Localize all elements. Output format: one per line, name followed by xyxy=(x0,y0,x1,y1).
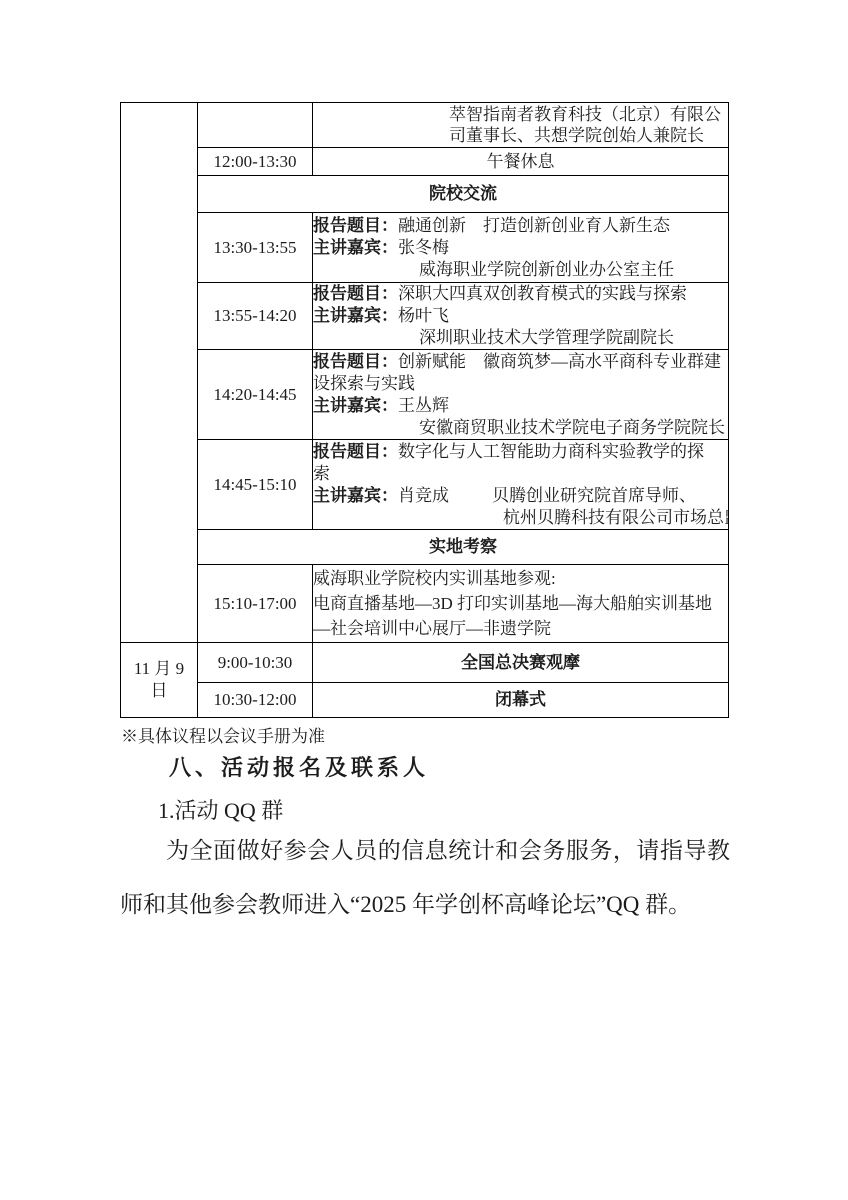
section-header-visit: 实地考察 xyxy=(198,530,729,565)
date-line: 11 月 9 xyxy=(121,658,197,680)
speaker-affiliation: 杭州贝腾科技有限公司市场总监 xyxy=(313,507,728,529)
title-label: 报告题目： xyxy=(313,216,398,235)
time-cell-empty xyxy=(198,103,313,148)
time-cell: 14:45-15:10 xyxy=(198,440,313,530)
visit-cell: 威海职业学院校内实训基地参观: 电商直播基地—3D 打印实训基地—海大船舶实训基… xyxy=(313,565,729,643)
session-speaker: 主讲嘉宾：张冬梅 xyxy=(313,237,728,259)
time-cell: 14:20-14:45 xyxy=(198,350,313,440)
date-cell-day2: 11 月 9 日 xyxy=(121,643,198,718)
table-row: 12:00-13:30 午餐休息 xyxy=(121,148,729,176)
session-speaker: 主讲嘉宾：杨叶飞 xyxy=(313,305,728,327)
session-speaker: 主讲嘉宾：王丛辉 xyxy=(313,395,728,417)
event-final-viewing: 全国总决赛观摩 xyxy=(313,643,729,683)
speaker-affiliation-inline: 贝腾创业研究院首席导师、 xyxy=(492,486,696,505)
title-label: 报告题目： xyxy=(313,284,398,303)
continuation-cell: 萃智指南者教育科技（北京）有限公 司董事长、共想学院创始人兼院长 xyxy=(313,103,729,148)
table-row: 14:45-15:10 报告题目：数字化与人工智能助力商科实验教学的探 索 主讲… xyxy=(121,440,729,530)
speaker-label: 主讲嘉宾： xyxy=(313,238,398,257)
table-row: 13:30-13:55 报告题目：融通创新 打造创新创业育人新生态 主讲嘉宾：张… xyxy=(121,213,729,283)
session-cell: 报告题目：融通创新 打造创新创业育人新生态 主讲嘉宾：张冬梅 威海职业学院创新创… xyxy=(313,213,729,283)
speaker-label: 主讲嘉宾： xyxy=(313,396,398,415)
table-row: 13:55-14:20 报告题目：深职大四真双创教育模式的实践与探索 主讲嘉宾：… xyxy=(121,283,729,350)
section-header-exchange: 院校交流 xyxy=(198,176,729,213)
session-cell: 报告题目：深职大四真双创教育模式的实践与探索 主讲嘉宾：杨叶飞 深圳职业技术大学… xyxy=(313,283,729,350)
table-row: 院校交流 xyxy=(121,176,729,213)
visit-line: 威海职业学院校内实训基地参观: xyxy=(313,566,728,591)
table-row: 10:30-12:00 闭幕式 xyxy=(121,683,729,718)
date-cell-day1 xyxy=(121,103,198,643)
speaker-affiliation: 深圳职业技术大学管理学院副院长 xyxy=(313,327,728,349)
speaker-label: 主讲嘉宾： xyxy=(313,306,398,325)
document-page: 萃智指南者教育科技（北京）有限公 司董事长、共想学院创始人兼院长 12:00-1… xyxy=(0,0,848,1200)
table-row: 14:20-14:45 报告题目：创新赋能 徽商筑梦—高水平商科专业群建 设探索… xyxy=(121,350,729,440)
time-cell: 10:30-12:00 xyxy=(198,683,313,718)
title-label: 报告题目： xyxy=(313,442,398,461)
time-cell: 12:00-13:30 xyxy=(198,148,313,176)
session-title: 报告题目：创新赋能 徽商筑梦—高水平商科专业群建 xyxy=(313,351,728,373)
date-line: 日 xyxy=(121,680,197,702)
session-title: 报告题目：数字化与人工智能助力商科实验教学的探 xyxy=(313,441,728,463)
session-speaker: 主讲嘉宾：肖竞成贝腾创业研究院首席导师、 xyxy=(313,485,728,507)
visit-line: —社会培训中心展厅—非遗学院 xyxy=(313,616,728,641)
speaker-title-continuation: 萃智指南者教育科技（北京）有限公 司董事长、共想学院创始人兼院长 xyxy=(313,104,728,146)
section8-heading: 八、活动报名及联系人 xyxy=(169,751,429,782)
visit-line: 电商直播基地—3D 打印实训基地—海大船舶实训基地 xyxy=(313,591,728,616)
agenda-footnote: ※具体议程以会议手册为准 xyxy=(121,722,325,747)
session-title: 报告题目：深职大四真双创教育模式的实践与探索 xyxy=(313,283,728,305)
speaker-affiliation: 安徽商贸职业技术学院电子商务学院院长 xyxy=(313,417,728,439)
session-title-wrap: 设探索与实践 xyxy=(313,373,728,395)
session-title: 报告题目：融通创新 打造创新创业育人新生态 xyxy=(313,215,728,237)
table-row: 15:10-17:00 威海职业学院校内实训基地参观: 电商直播基地—3D 打印… xyxy=(121,565,729,643)
agenda-table: 萃智指南者教育科技（北京）有限公 司董事长、共想学院创始人兼院长 12:00-1… xyxy=(120,102,729,718)
qq-group-subheading: 1.活动 QQ 群 xyxy=(158,794,283,825)
table-row: 萃智指南者教育科技（北京）有限公 司董事长、共想学院创始人兼院长 xyxy=(121,103,729,148)
time-cell: 15:10-17:00 xyxy=(198,565,313,643)
event-closing: 闭幕式 xyxy=(313,683,729,718)
table-row: 实地考察 xyxy=(121,530,729,565)
lunch-label: 午餐休息 xyxy=(313,148,729,176)
time-cell: 13:55-14:20 xyxy=(198,283,313,350)
session-cell: 报告题目：创新赋能 徽商筑梦—高水平商科专业群建 设探索与实践 主讲嘉宾：王丛辉… xyxy=(313,350,729,440)
speaker-affiliation: 威海职业学院创新创业办公室主任 xyxy=(313,259,728,281)
time-cell: 13:30-13:55 xyxy=(198,213,313,283)
continuation-line: 司董事长、共想学院创始人兼院长 xyxy=(449,125,728,146)
session-cell: 报告题目：数字化与人工智能助力商科实验教学的探 索 主讲嘉宾：肖竞成贝腾创业研究… xyxy=(313,440,729,530)
title-label: 报告题目： xyxy=(313,352,398,371)
continuation-line: 萃智指南者教育科技（北京）有限公 xyxy=(449,104,728,125)
table-row: 11 月 9 日 9:00-10:30 全国总决赛观摩 xyxy=(121,643,729,683)
qq-group-paragraph: 为全面做好参会人员的信息统计和会务服务，请指导教师和其他参会教师进入“2025 … xyxy=(120,824,730,932)
speaker-label: 主讲嘉宾： xyxy=(313,486,398,505)
session-title-wrap: 索 xyxy=(313,463,728,485)
time-cell: 9:00-10:30 xyxy=(198,643,313,683)
